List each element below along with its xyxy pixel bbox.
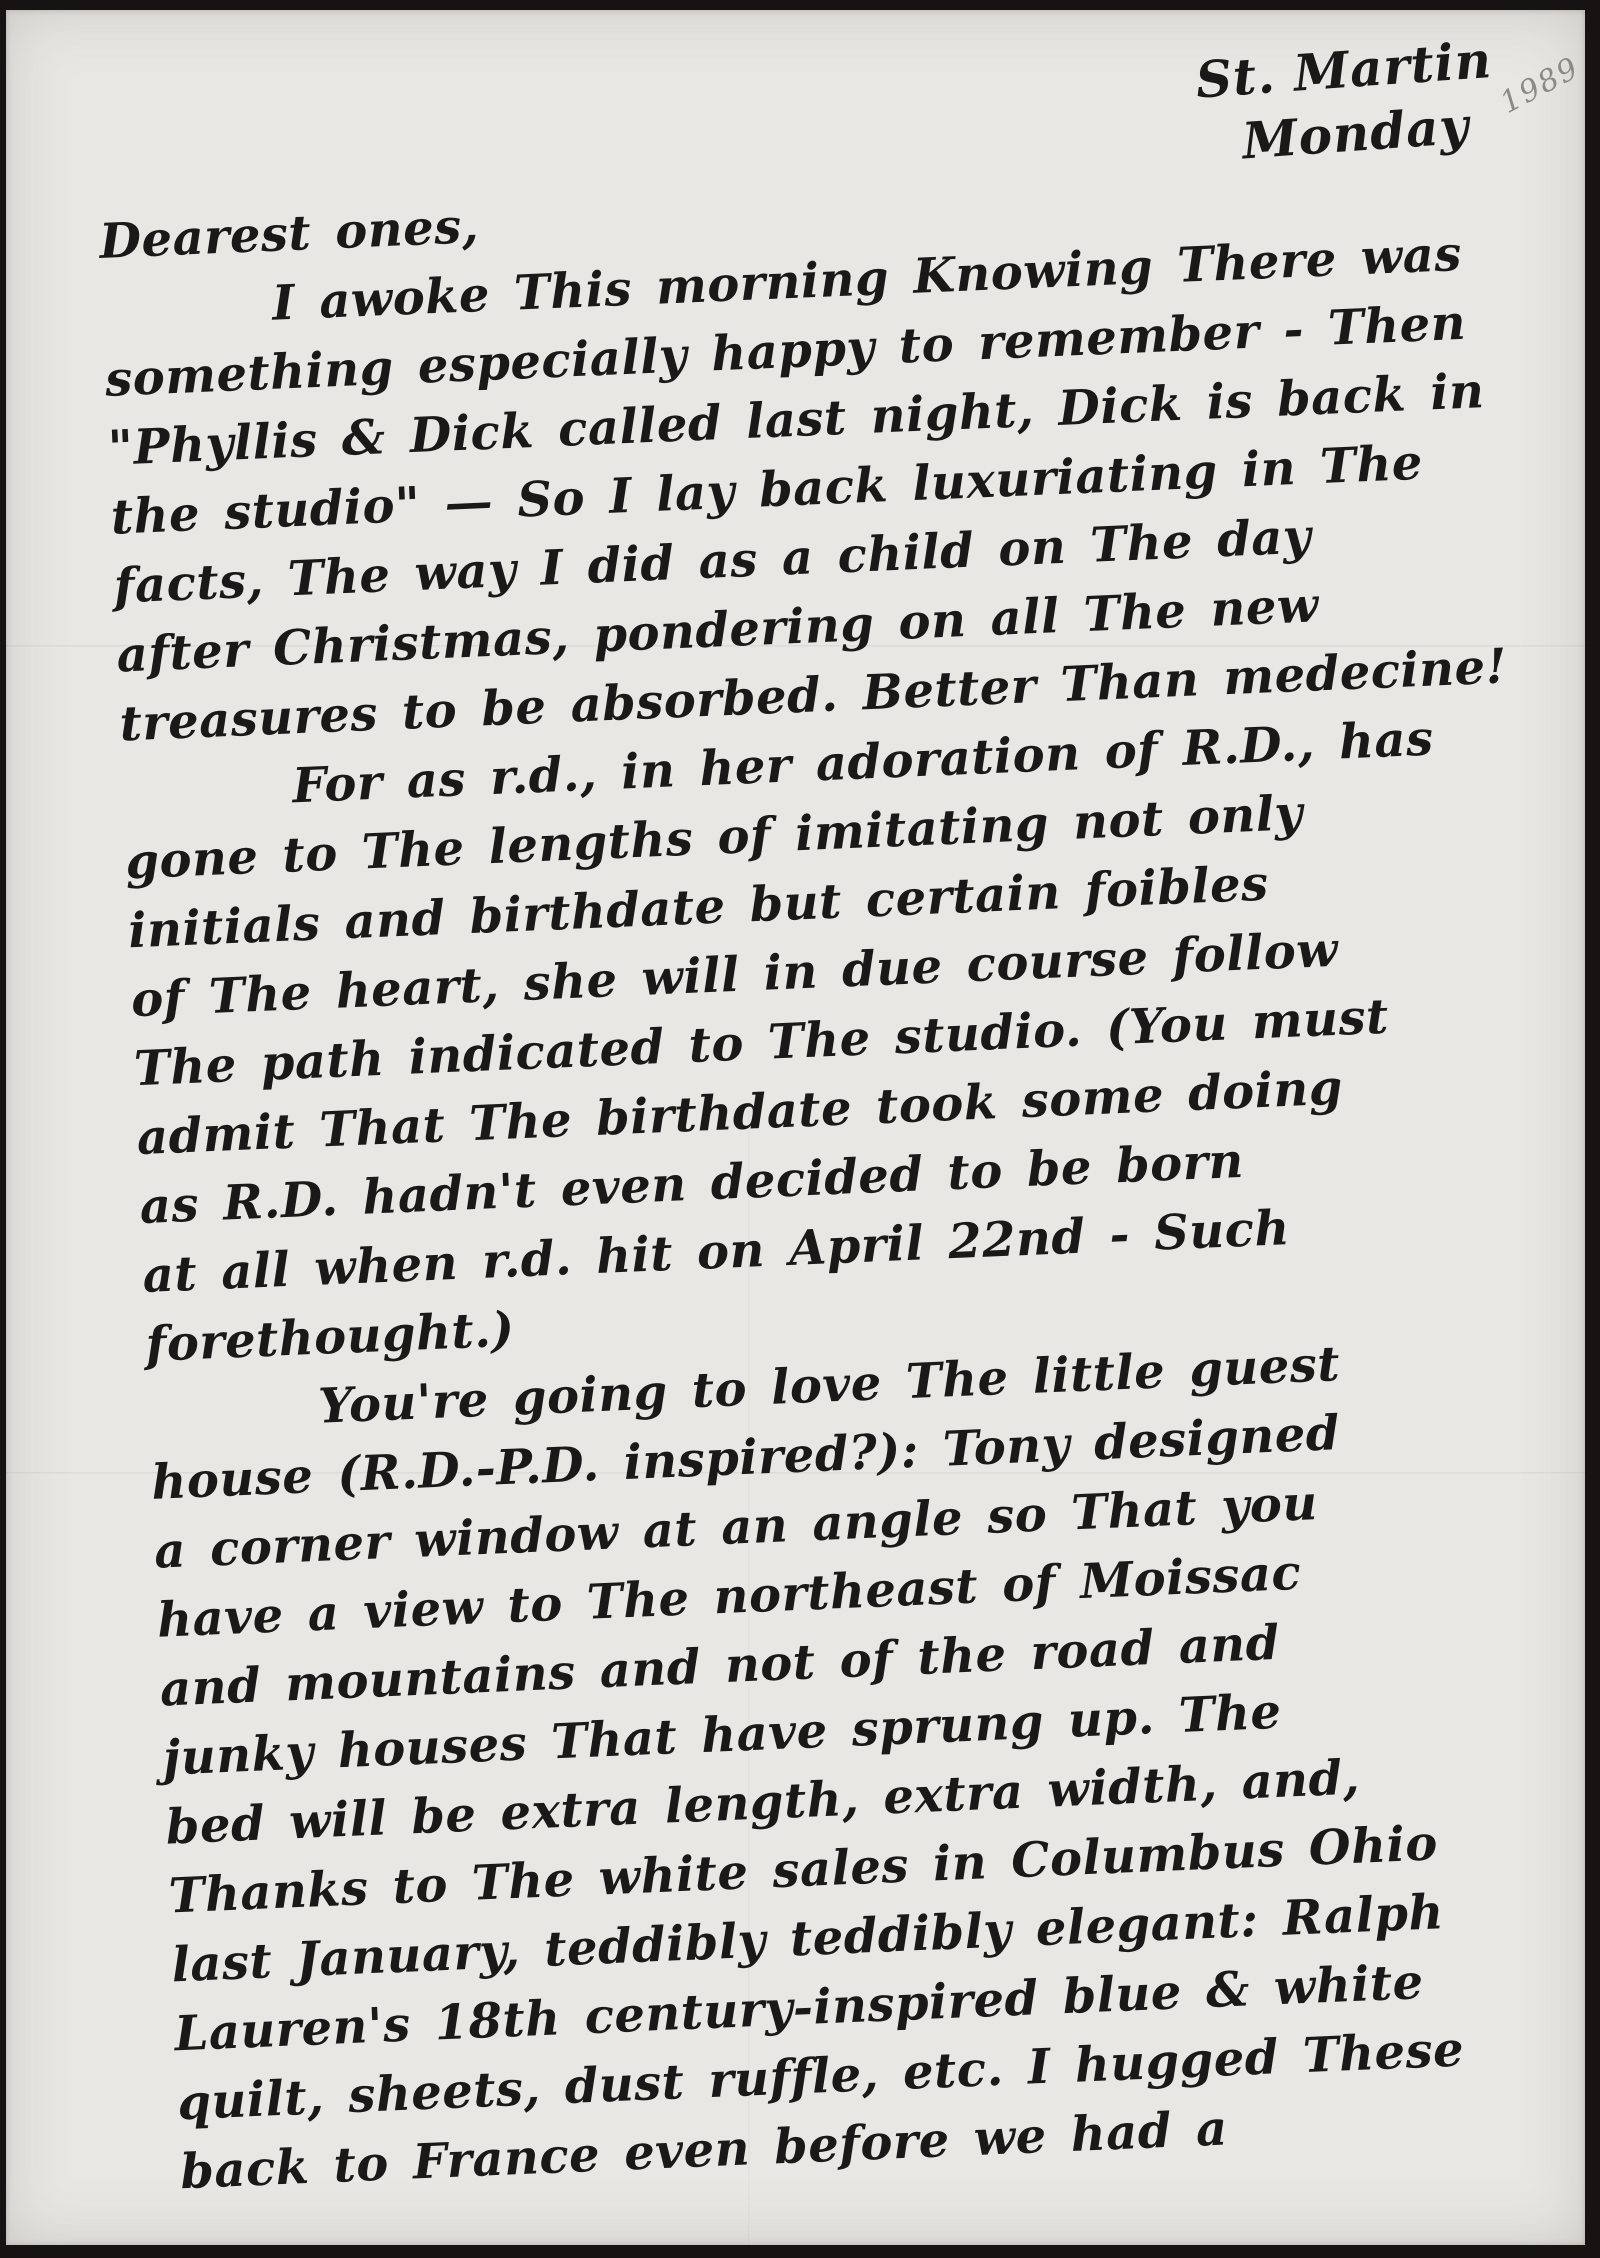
letter-body: Dearest ones,I awoke This morning Knowin… (98, 148, 1600, 2208)
scanned-letter-frame: St. Martin Monday 1989 Dearest ones,I aw… (0, 0, 1600, 2258)
pencil-year-annotation: 1989 (1495, 50, 1586, 121)
letter-paper: St. Martin Monday 1989 Dearest ones,I aw… (6, 10, 1585, 2245)
